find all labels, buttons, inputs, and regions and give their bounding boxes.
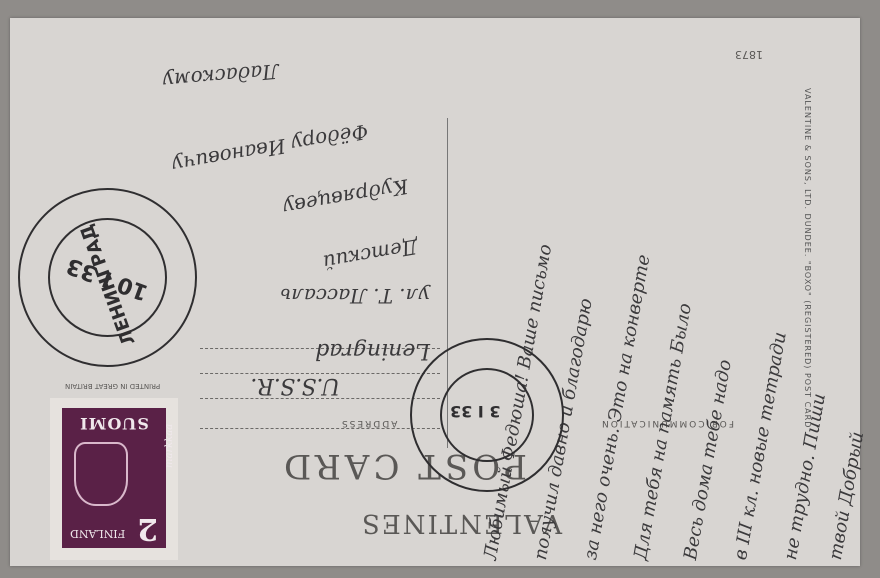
lion-emblem-icon xyxy=(74,442,128,506)
handwritten-message: Весь дома тебе надо xyxy=(680,358,736,562)
postage-stamp: FINLAND 2 markkaa SUOMI xyxy=(50,398,178,560)
publisher-text: VALENTINE & SONS, LTD. DUNDEE. "BOXO" (R… xyxy=(803,88,812,428)
handwritten-address: Фёдору Ивановичу xyxy=(170,119,370,177)
brand-text: VALENTINES xyxy=(360,508,562,538)
stamp-country: SUOMI xyxy=(62,414,166,433)
handwritten-message: в III кл. новые тетради xyxy=(730,330,791,561)
address-line xyxy=(200,428,440,429)
handwritten-address: ул. Т. Лассаль xyxy=(280,284,430,308)
handwritten-message: не трудно. Пиши xyxy=(780,392,830,562)
handwritten-address: Детский xyxy=(321,234,420,274)
postcard: VALENTINES POST CARD ADDRESS FOR COMMUNI… xyxy=(10,18,860,566)
handwritten-address: Ладаскому xyxy=(162,59,280,93)
handwritten-address: Кудрявцеву xyxy=(281,174,410,220)
serial-number: 1873 xyxy=(735,48,763,61)
stamp-printed-in: PRINTED IN GREAT BRITAIN xyxy=(65,382,160,390)
stamp-country-alt: FINLAND xyxy=(70,527,125,540)
handwritten-message: твой Добрый xyxy=(825,430,868,562)
postmark-arrival-date: 3 I 33 xyxy=(450,402,501,421)
handwritten-address: Leningrad xyxy=(315,338,430,363)
stamp-value: 2 xyxy=(137,511,158,546)
address-label: ADDRESS xyxy=(340,418,397,428)
address-line xyxy=(200,398,440,399)
handwritten-address: U.S.S.R. xyxy=(250,373,340,398)
